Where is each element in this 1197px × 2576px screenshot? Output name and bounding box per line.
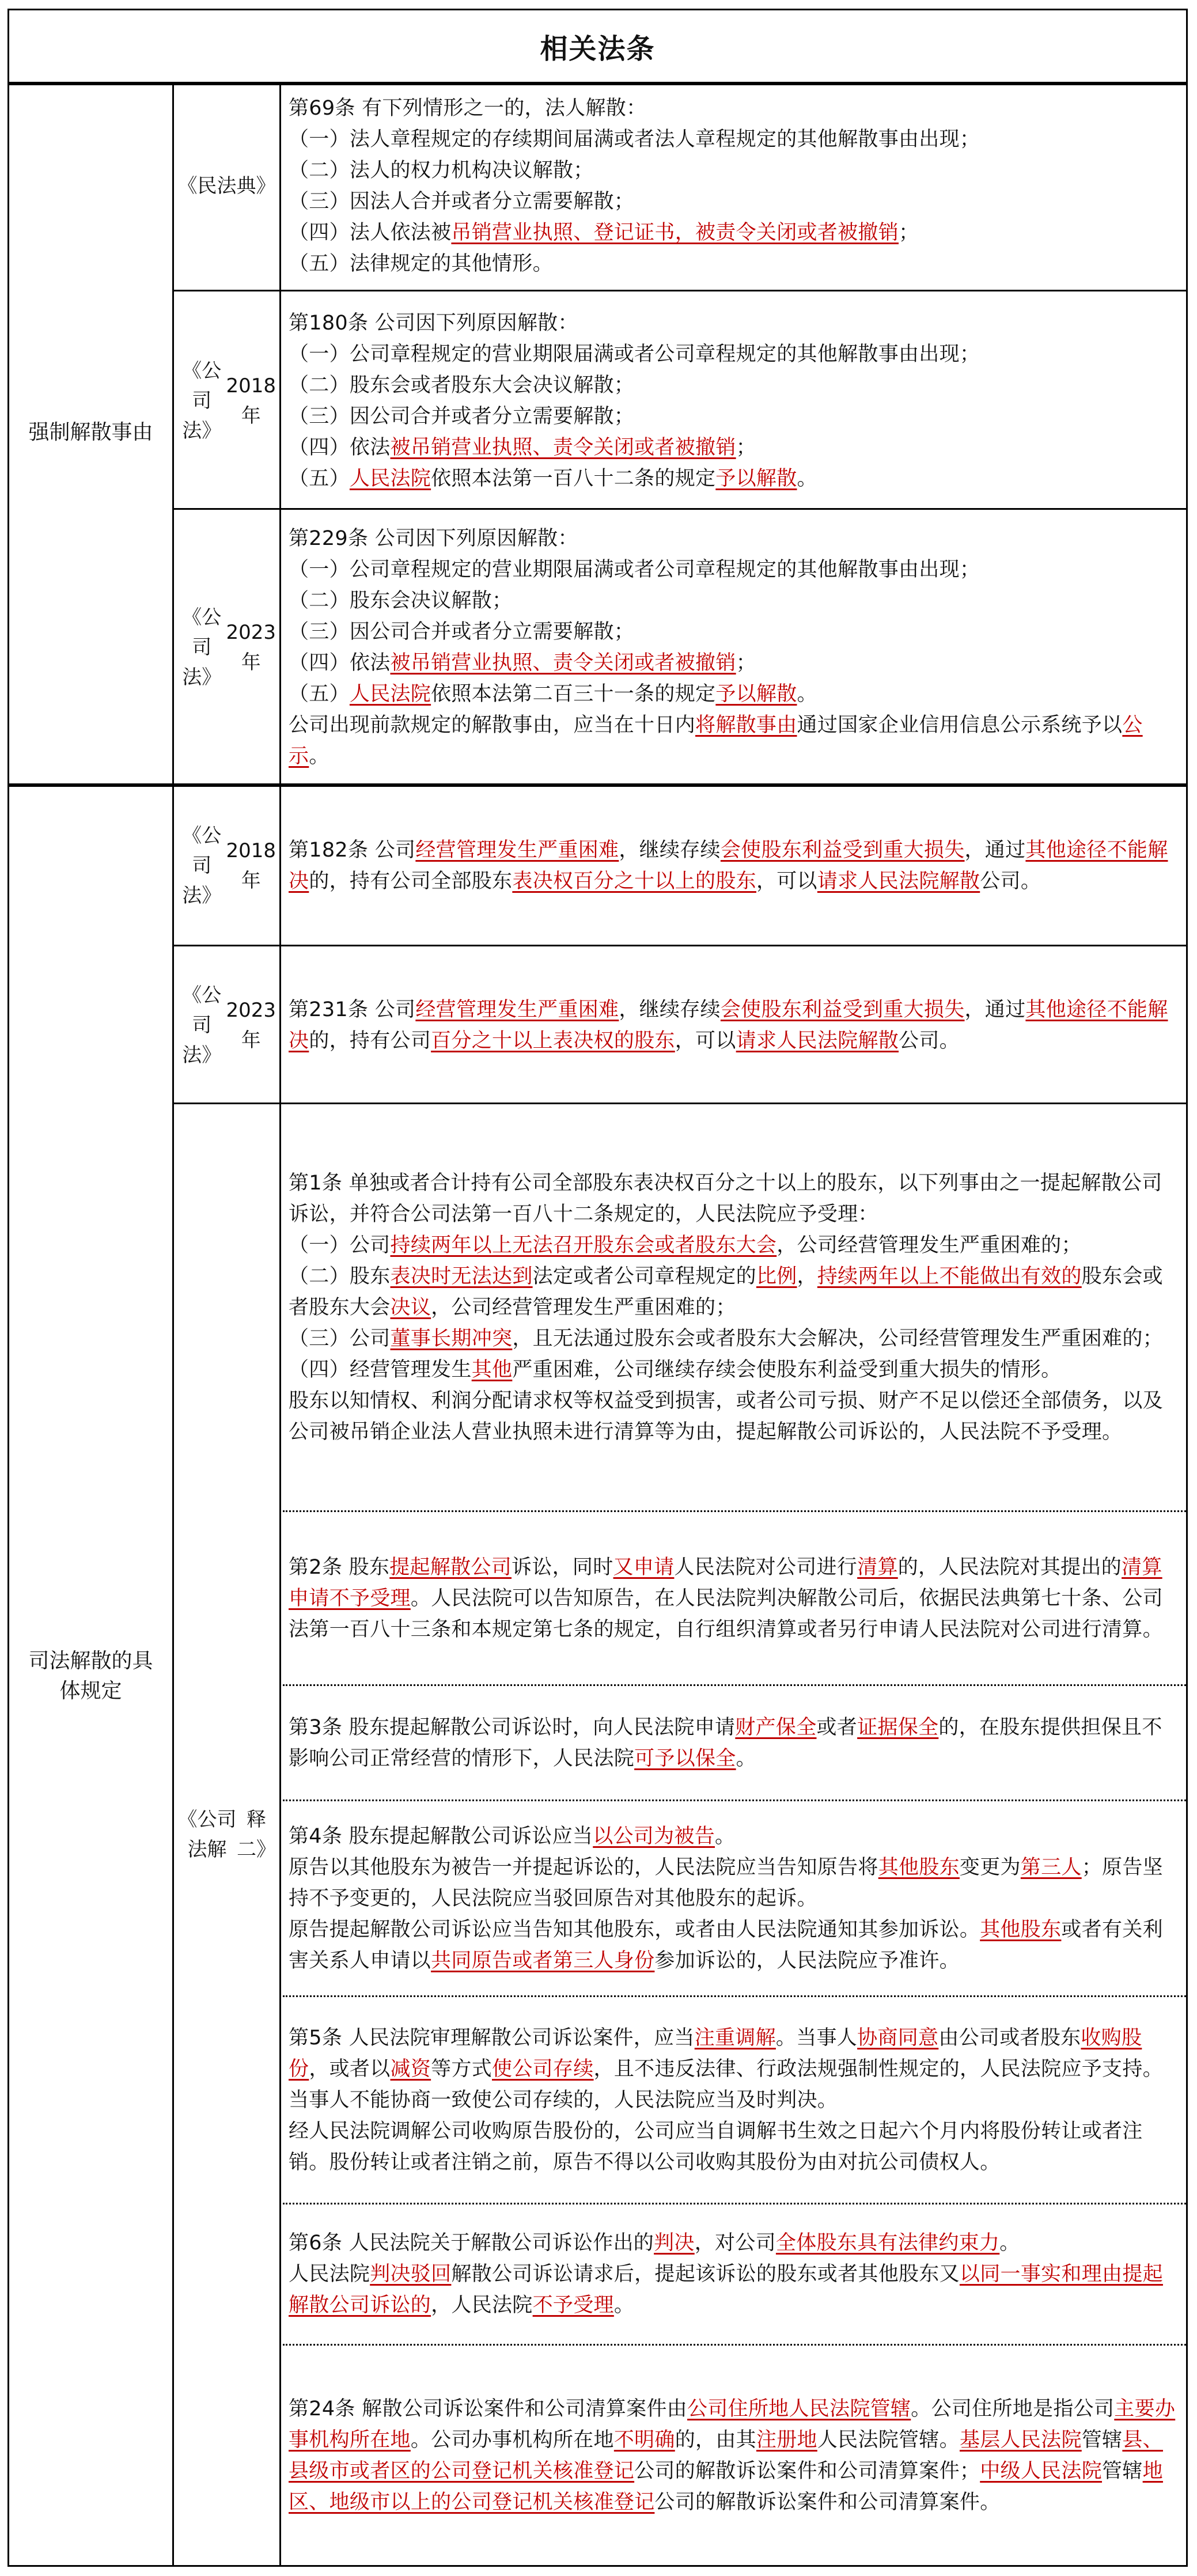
paragraph: （四）法人依法被吊销营业执照、登记证书，被责令关闭或者被撤销； — [289, 217, 1181, 248]
text-segment: 人民法院对公司进行 — [674, 1556, 857, 1579]
text-segment: ； — [736, 651, 756, 675]
text-segment: 第69条 有下列情形之一的，法人解散： — [289, 97, 646, 120]
paragraph: 第24条 解散公司诉讼案件和公司清算案件由公司住所地人民法院管辖。公司住所地是指… — [289, 2393, 1181, 2518]
article-text: 第69条 有下列情形之一的，法人解散：（一）法人章程规定的存续期间届满或者法人章… — [283, 82, 1186, 290]
text-segment: 第229条 公司因下列原因解散： — [289, 527, 578, 550]
text-segment: （四）依法 — [289, 436, 391, 459]
text-segment: ； — [899, 221, 919, 244]
highlighted-text: 予以解散 — [715, 467, 797, 490]
highlighted-text: 经营管理发生严重困难 — [415, 839, 619, 862]
text-segment: 。当事人 — [776, 2026, 857, 2050]
highlighted-text: 会使股东利益受到重大损失 — [721, 839, 965, 862]
law-name-line: 2023年 — [226, 995, 276, 1055]
highlighted-text: 其他 — [472, 1358, 513, 1381]
text-segment: 人民法院 — [289, 2263, 370, 2286]
text-segment: 的，持有公司 — [309, 1029, 431, 1052]
law-name: 《公司法》2023年 — [174, 946, 281, 1104]
article-5: 第5条 人民法院审理解散公司诉讼案件，应当注重调解。当事人协商同意由公司或者股东… — [283, 1995, 1186, 2203]
highlighted-text: 全体股东具有法律约束力 — [776, 2232, 999, 2255]
text-segment: 。公司办事机构所在地 — [411, 2429, 614, 2452]
text-segment: 第5条 人民法院审理解散公司诉讼案件，应当 — [289, 2026, 695, 2050]
text-segment: （二）股东会决议解散； — [289, 589, 512, 612]
text-segment: 。 — [715, 1825, 735, 1848]
articles-list: 第1条 单独或者合计持有公司全部股东表决权百分之十以上的股东，以下列事由之一提起… — [283, 1104, 1186, 2565]
text-segment: 的，人民法院对其提出的 — [898, 1556, 1122, 1579]
text-segment: 管辖 — [1102, 2460, 1143, 2483]
text-segment: 。 — [797, 683, 817, 706]
highlighted-text: 基层人民法院 — [960, 2429, 1082, 2452]
text-segment: ， — [797, 1265, 817, 1288]
law-row-civil-code: 《民法典》 第69条 有下列情形之一的，法人解散：（一）法人章程规定的存续期间届… — [174, 82, 1186, 290]
text-segment: 第231条 公司 — [289, 998, 415, 1021]
text-segment: （一）法人章程规定的存续期间届满或者法人章程规定的其他解散事由出现； — [289, 128, 980, 151]
article-24: 第24条 解散公司诉讼案件和公司清算案件由公司住所地人民法院管辖。公司住所地是指… — [283, 2344, 1186, 2565]
text-segment: （四）经营管理发生 — [289, 1358, 472, 1381]
text-segment: （二）股东会或者股东大会决议解散； — [289, 374, 634, 397]
highlighted-text: 董事长期冲突 — [391, 1327, 513, 1350]
paragraph: 第180条 公司因下列原因解散： — [289, 308, 1181, 339]
text-segment: （五） — [289, 683, 350, 706]
text-segment: （一）公司章程规定的营业期限届满或者公司章程规定的其他解散事由出现； — [289, 558, 980, 581]
text-segment: 由公司或者股东 — [938, 2026, 1081, 2050]
text-segment: 管辖 — [1082, 2429, 1123, 2452]
highlighted-text: 可予以保全 — [634, 1747, 736, 1770]
highlighted-text: 表决时无法达到 — [391, 1265, 533, 1288]
paragraph: 第6条 人民法院关于解散公司诉讼作出的判决，对公司全体股东具有法律约束力。 — [289, 2228, 1181, 2259]
highlighted-text: 持续两年以上不能做出有效的 — [817, 1265, 1082, 1288]
law-name-line: 《公司法》 — [177, 356, 226, 446]
highlighted-text: 吊销营业执照、登记证书，被责令关闭或者被撤销 — [451, 221, 899, 244]
law-name-line: 2018年 — [226, 836, 276, 896]
law-name-line: 《公司法》 — [177, 980, 226, 1070]
paragraph: 第182条 公司经营管理发生严重困难，继续存续会使股东利益受到重大损失，通过其他… — [289, 835, 1181, 897]
text-segment: 的，持有公司全部股东 — [309, 870, 512, 893]
text-segment: （一）公司章程规定的营业期限届满或者公司章程规定的其他解散事由出现； — [289, 343, 980, 366]
text-segment: ，人民法院 — [431, 2294, 533, 2317]
text-segment: 。人民法院可以告知原告，在人民法院判决解散公司后，依据民法典第七十条、公司法第一… — [289, 1587, 1163, 1641]
highlighted-text: 注重调解 — [695, 2026, 776, 2050]
paragraph: （一）法人章程规定的存续期间届满或者法人章程规定的其他解散事由出现； — [289, 124, 1181, 155]
paragraph: 第231条 公司经营管理发生严重困难，继续存续会使股东利益受到重大损失，通过其他… — [289, 994, 1181, 1056]
text-segment: 公司的解散诉讼案件和公司清算案件； — [634, 2460, 980, 2483]
text-segment: 。公司住所地是指公司 — [911, 2397, 1114, 2420]
text-segment: 第24条 解散公司诉讼案件和公司清算案件由 — [289, 2397, 687, 2420]
paragraph: 第229条 公司因下列原因解散： — [289, 523, 1181, 554]
text-segment: 。 — [614, 2294, 634, 2317]
text-segment: ，且无法通过股东会或者股东大会解决，公司经营管理发生严重困难的； — [512, 1327, 1163, 1350]
paragraph: 股东以知情权、利润分配请求权等权益受到损害，或者公司亏损、财产不足以偿还全部债务… — [289, 1385, 1181, 1448]
paragraph: （一）公司持续两年以上无法召开股东会或者股东大会，公司经营管理发生严重困难的； — [289, 1230, 1181, 1261]
paragraph: （四）经营管理发生其他严重困难，公司继续存续会使股东利益受到重大损失的情形。 — [289, 1354, 1181, 1385]
law-name-line: 2018年 — [226, 371, 276, 431]
text-segment: 第3条 股东提起解散公司诉讼时，向人民法院申请 — [289, 1716, 735, 1739]
text-segment: （三）因法人合并或者分立需要解散； — [289, 190, 634, 213]
section-judicial-dissolution: 司法解散的具体规定 《公司法》2018年 第182条 公司经营管理发生严重困难，… — [9, 787, 1186, 2565]
highlighted-text: 表决权百分之十以上的股东 — [512, 870, 756, 893]
highlighted-text: 第三人 — [1021, 1856, 1082, 1879]
paragraph: 第1条 单独或者合计持有公司全部股东表决权百分之十以上的股东，以下列事由之一提起… — [289, 1168, 1181, 1230]
highlighted-text: 决议 — [391, 1296, 431, 1319]
paragraph: 第69条 有下列情形之一的，法人解散： — [289, 93, 1181, 124]
article-text: 第182条 公司经营管理发生严重困难，继续存续会使股东利益受到重大损失，通过其他… — [283, 787, 1186, 945]
text-segment: （四）依法 — [289, 651, 391, 675]
text-segment: 股东以知情权、利润分配请求权等权益受到损害，或者公司亏损、财产不足以偿还全部债务… — [289, 1389, 1163, 1444]
law-row-company-law-2023: 《公司法》2023年 第229条 公司因下列原因解散：（一）公司章程规定的营业期… — [174, 508, 1186, 785]
highlighted-text: 不予受理 — [533, 2294, 614, 2317]
paragraph: （三）因公司合并或者分立需要解散； — [289, 401, 1181, 432]
paragraph: （四）依法被吊销营业执照、责令关闭或者被撤销； — [289, 647, 1181, 679]
highlighted-text: 请求人民法院解散 — [736, 1029, 899, 1052]
paragraph: （二）股东表决时无法达到法定或者公司章程规定的比例，持续两年以上不能做出有效的股… — [289, 1261, 1181, 1323]
highlighted-text: 比例 — [756, 1265, 797, 1288]
text-segment: 第6条 人民法院关于解散公司诉讼作出的 — [289, 2232, 654, 2255]
text-segment: 公司。 — [899, 1029, 960, 1052]
paragraph: （三）因法人合并或者分立需要解散； — [289, 186, 1181, 217]
highlighted-text: 财产保全 — [735, 1716, 816, 1739]
highlighted-text: 中级人民法院 — [980, 2460, 1102, 2483]
text-segment: 公司。 — [980, 870, 1041, 893]
text-segment: 第4条 股东提起解散公司诉讼应当 — [289, 1825, 593, 1848]
law-row-company-law-2018: 《公司法》2018年 第182条 公司经营管理发生严重困难，继续存续会使股东利益… — [174, 787, 1186, 945]
law-name: 《公司法》2018年 — [174, 291, 281, 510]
highlighted-text: 共同原告或者第三人身份 — [431, 1949, 654, 1972]
law-name-line: 2023年 — [226, 618, 276, 677]
text-segment: ，公司经营管理发生严重困难的； — [431, 1296, 736, 1319]
paragraph: 原告以其他股东为被告一并提起诉讼的，人民法院应当告知原告将其他股东变更为第三人；… — [289, 1852, 1181, 1914]
text-segment: （一）公司 — [289, 1234, 391, 1257]
highlighted-text: 其他股东 — [980, 1918, 1061, 1941]
highlighted-text: 被吊销营业执照、责令关闭或者被撤销 — [391, 436, 736, 459]
text-segment: （四）法人依法被 — [289, 221, 451, 244]
text-segment: ，继续存续 — [619, 998, 721, 1021]
paragraph: （三）公司董事长期冲突，且无法通过股东会或者股东大会解决，公司经营管理发生严重困… — [289, 1323, 1181, 1354]
paragraph: 原告提起解散公司诉讼应当告知其他股东，或者由人民法院通知其参加诉讼。其他股东或者… — [289, 1914, 1181, 1976]
text-segment: （二）法人的权力机构决议解散； — [289, 159, 594, 182]
highlighted-text: 百分之十以上表决权的股东 — [431, 1029, 675, 1052]
law-name-line: 释二》 — [237, 1805, 276, 1865]
paragraph: （五）法律规定的其他情形。 — [289, 248, 1181, 279]
law-row-company-law-2023: 《公司法》2023年 第231条 公司经营管理发生严重困难，继续存续会使股东利益… — [174, 945, 1186, 1104]
text-segment: 参加诉讼的，人民法院应予准许。 — [654, 1949, 960, 1972]
article-6: 第6条 人民法院关于解散公司诉讼作出的判决，对公司全体股东具有法律约束力。人民法… — [283, 2203, 1186, 2344]
article-1: 第1条 单独或者合计持有公司全部股东表决权百分之十以上的股东，以下列事由之一提起… — [283, 1104, 1186, 1510]
law-name-line: 《公司法》 — [177, 821, 226, 911]
text-segment: （三）因公司合并或者分立需要解散； — [289, 620, 634, 643]
highlighted-text: 减资 — [391, 2058, 431, 2081]
text-segment: ，对公司 — [695, 2232, 776, 2255]
article-3: 第3条 股东提起解散公司诉讼时，向人民法院申请财产保全或者证据保全的，在股东提供… — [283, 1684, 1186, 1800]
paragraph: （五）人民法院依照本法第一百八十二条的规定予以解散。 — [289, 463, 1181, 494]
text-segment: ，可以 — [675, 1029, 736, 1052]
highlighted-text: 公司住所地人民法院管辖 — [687, 2397, 911, 2420]
paragraph: （四）依法被吊销营业执照、责令关闭或者被撤销； — [289, 432, 1181, 463]
highlighted-text: 使公司存续 — [492, 2058, 594, 2081]
highlighted-text: 持续两年以上无法召开股东会或者股东大会 — [391, 1234, 777, 1257]
text-segment: 依照本法第一百八十二条的规定 — [431, 467, 715, 490]
law-row-company-law-2018: 《公司法》2018年 第180条 公司因下列原因解散：（一）公司章程规定的营业期… — [174, 290, 1186, 510]
section-label: 强制解散事由 — [9, 82, 174, 783]
highlighted-text: 经营管理发生严重困难 — [415, 998, 619, 1021]
paragraph: 第5条 人民法院审理解散公司诉讼案件，应当注重调解。当事人协商同意由公司或者股东… — [289, 2022, 1181, 2116]
highlighted-text: 人民法院 — [350, 467, 431, 490]
paragraph: （二）股东会或者股东大会决议解散； — [289, 370, 1181, 401]
text-segment: 法定或者公司章程规定的 — [533, 1265, 756, 1288]
text-segment: ，或者以 — [309, 2058, 390, 2081]
text-segment: 公司出现前款规定的解散事由，应当在十日内 — [289, 714, 695, 737]
section-mandatory-dissolution: 强制解散事由 《民法典》 第69条 有下列情形之一的，法人解散：（一）法人章程规… — [9, 82, 1186, 787]
law-name-line: 《民法典》 — [178, 171, 276, 201]
law-name: 《公司法解释二》 — [174, 1104, 281, 2565]
paragraph: 第2条 股东提起解散公司诉讼，同时又申请人民法院对公司进行清算的，人民法院对其提… — [289, 1552, 1181, 1645]
paragraph: 第4条 股东提起解散公司诉讼应当以公司为被告。 — [289, 1821, 1181, 1852]
text-segment: 原告以其他股东为被告一并提起诉讼的，人民法院应当告知原告将 — [289, 1856, 878, 1879]
law-name: 《民法典》 — [174, 82, 281, 290]
paragraph: （二）法人的权力机构决议解散； — [289, 155, 1181, 186]
text-segment: （三）因公司合并或者分立需要解散； — [289, 405, 634, 428]
paragraph: （一）公司章程规定的营业期限届满或者公司章程规定的其他解散事由出现； — [289, 339, 1181, 370]
text-segment: 经人民法院调解公司收购原告股份的，公司应当自调解书生效之日起六个月内将股份转让或… — [289, 2120, 1143, 2174]
law-name: 《公司法》2023年 — [174, 510, 281, 785]
text-segment: 人民法院管辖。 — [817, 2429, 960, 2452]
highlighted-text: 不明确 — [614, 2429, 675, 2452]
text-segment: 第182条 公司 — [289, 839, 415, 862]
text-segment: 通过国家企业信用信息公示系统予以 — [797, 714, 1123, 737]
paragraph: 第3条 股东提起解散公司诉讼时，向人民法院申请财产保全或者证据保全的，在股东提供… — [289, 1712, 1181, 1774]
highlighted-text: 会使股东利益受到重大损失 — [721, 998, 965, 1021]
paragraph: （五）人民法院依照本法第二百三十一条的规定予以解散。 — [289, 679, 1181, 710]
article-4: 第4条 股东提起解散公司诉讼应当以公司为被告。原告以其他股东为被告一并提起诉讼的… — [283, 1800, 1186, 1995]
law-name-line: 《公司法》 — [177, 603, 226, 692]
text-segment: 第2条 股东 — [289, 1556, 389, 1579]
text-segment: ； — [736, 436, 756, 459]
text-segment: 的，由其 — [675, 2429, 756, 2452]
paragraph: 经人民法院调解公司收购原告股份的，公司应当自调解书生效之日起六个月内将股份转让或… — [289, 2116, 1181, 2178]
highlighted-text: 提起解散公司 — [389, 1556, 512, 1579]
text-segment: （三）公司 — [289, 1327, 391, 1350]
highlighted-text: 请求人民法院解散 — [817, 870, 980, 893]
law-row-judicial-interpretation-2: 《公司法解释二》 第1条 单独或者合计持有公司全部股东表决权百分之十以上的股东，… — [174, 1103, 1186, 2565]
article-text: 第229条 公司因下列原因解散：（一）公司章程规定的营业期限届满或者公司章程规定… — [283, 510, 1186, 785]
highlighted-text: 其他股东 — [878, 1856, 960, 1879]
paragraph: 公司出现前款规定的解散事由，应当在十日内将解散事由通过国家企业信用信息公示系统予… — [289, 710, 1181, 772]
text-segment: 。 — [736, 1747, 756, 1770]
text-segment: 或者 — [817, 1716, 858, 1739]
text-segment: 严重困难，公司继续存续会使股东利益受到重大损失的情形。 — [512, 1358, 1061, 1381]
paragraph: 人民法院判决驳回解散公司诉讼请求后，提起该诉讼的股东或者其他股东又以同一事实和理… — [289, 2259, 1181, 2321]
highlighted-text: 协商同意 — [857, 2026, 938, 2050]
highlighted-text: 注册地 — [756, 2429, 817, 2452]
text-segment: ，公司经营管理发生严重困难的； — [776, 1234, 1082, 1257]
highlighted-text: 人民法院 — [350, 683, 431, 706]
text-segment: ，继续存续 — [619, 839, 721, 862]
text-segment: （二）股东 — [289, 1265, 391, 1288]
article-2: 第2条 股东提起解散公司诉讼，同时又申请人民法院对公司进行清算的，人民法院对其提… — [283, 1510, 1186, 1684]
table-header: 相关法条 — [9, 10, 1186, 85]
section-label: 司法解散的具体规定 — [9, 787, 174, 2565]
text-segment: （五） — [289, 467, 350, 490]
text-segment: 依照本法第二百三十一条的规定 — [431, 683, 715, 706]
highlighted-text: 判决驳回 — [370, 2263, 451, 2286]
page-title: 相关法条 — [540, 26, 655, 66]
text-segment: 。 — [797, 467, 817, 490]
text-segment: 变更为 — [960, 1856, 1021, 1879]
highlighted-text: 清算 — [857, 1556, 898, 1579]
text-segment: 。 — [999, 2232, 1020, 2255]
highlighted-text: 证据保全 — [857, 1716, 938, 1739]
text-segment: 等方式 — [431, 2058, 492, 2081]
highlighted-text: 将解散事由 — [695, 714, 797, 737]
text-segment: 诉讼，同时 — [512, 1556, 613, 1579]
law-name-line: 《公司法解 — [177, 1805, 237, 1865]
paragraph: （二）股东会决议解散； — [289, 585, 1181, 616]
text-segment: 第180条 公司因下列原因解散： — [289, 312, 578, 335]
text-segment: 公司的解散诉讼案件和公司清算案件。 — [654, 2491, 1000, 2514]
text-segment: ，通过 — [964, 998, 1025, 1021]
related-laws-table: 相关法条 强制解散事由 《民法典》 第69条 有下列情形之一的，法人解散：（一）… — [7, 9, 1188, 2567]
article-text: 第180条 公司因下列原因解散：（一）公司章程规定的营业期限届满或者公司章程规定… — [283, 291, 1186, 510]
text-segment: 原告提起解散公司诉讼应当告知其他股东，或者由人民法院通知其参加诉讼。 — [289, 1918, 980, 1941]
text-segment: 。 — [309, 745, 329, 768]
text-segment: ，可以 — [756, 870, 817, 893]
highlighted-text: 判决 — [654, 2232, 695, 2255]
paragraph: （三）因公司合并或者分立需要解散； — [289, 616, 1181, 647]
article-text: 第231条 公司经营管理发生严重困难，继续存续会使股东利益受到重大损失，通过其他… — [283, 946, 1186, 1104]
text-segment: 第1条 单独或者合计持有公司全部股东表决权百分之十以上的股东，以下列事由之一提起… — [289, 1172, 1162, 1226]
highlighted-text: 被吊销营业执照、责令关闭或者被撤销 — [391, 651, 736, 675]
text-segment: ，通过 — [964, 839, 1025, 862]
paragraph: （一）公司章程规定的营业期限届满或者公司章程规定的其他解散事由出现； — [289, 554, 1181, 585]
highlighted-text: 又申请 — [613, 1556, 675, 1579]
highlighted-text: 予以解散 — [715, 683, 797, 706]
highlighted-text: 以公司为被告 — [593, 1825, 715, 1848]
text-segment: 解散公司诉讼请求后，提起该诉讼的股东或者其他股东又 — [451, 2263, 960, 2286]
text-segment: （五）法律规定的其他情形。 — [289, 252, 553, 275]
law-name: 《公司法》2018年 — [174, 787, 281, 945]
